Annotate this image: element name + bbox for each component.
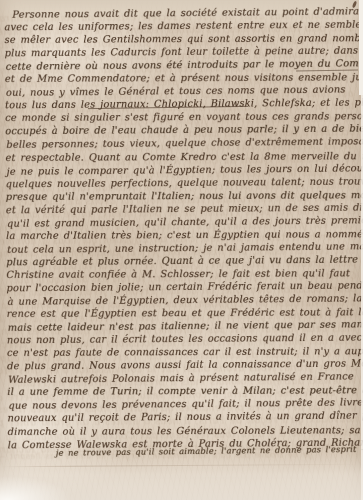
- handwritten-line: presque qu'il n'empruntait l'Italien; no…: [6, 189, 360, 204]
- scan-edge-strip-top: [359, 0, 363, 95]
- handwritten-line: Christine avait confiée à M. Schlosser; …: [6, 267, 360, 282]
- page-curl-highlight: [0, 458, 95, 500]
- letter-scan: Personne nous avait dit que la société e…: [0, 0, 363, 500]
- handwritten-line: se mêler avec les Gentilshommes qui sont…: [4, 32, 358, 47]
- handwritten-line: ce n'est pas faute de connaissances car …: [7, 345, 361, 360]
- handwritten-line: dimanche où il y aura tous les Généraux …: [8, 424, 362, 439]
- handwritten-line: ce monde si singulier s'est figuré en vo…: [5, 111, 359, 126]
- handwriting-block: Personne nous avait dit que la société e…: [4, 6, 362, 458]
